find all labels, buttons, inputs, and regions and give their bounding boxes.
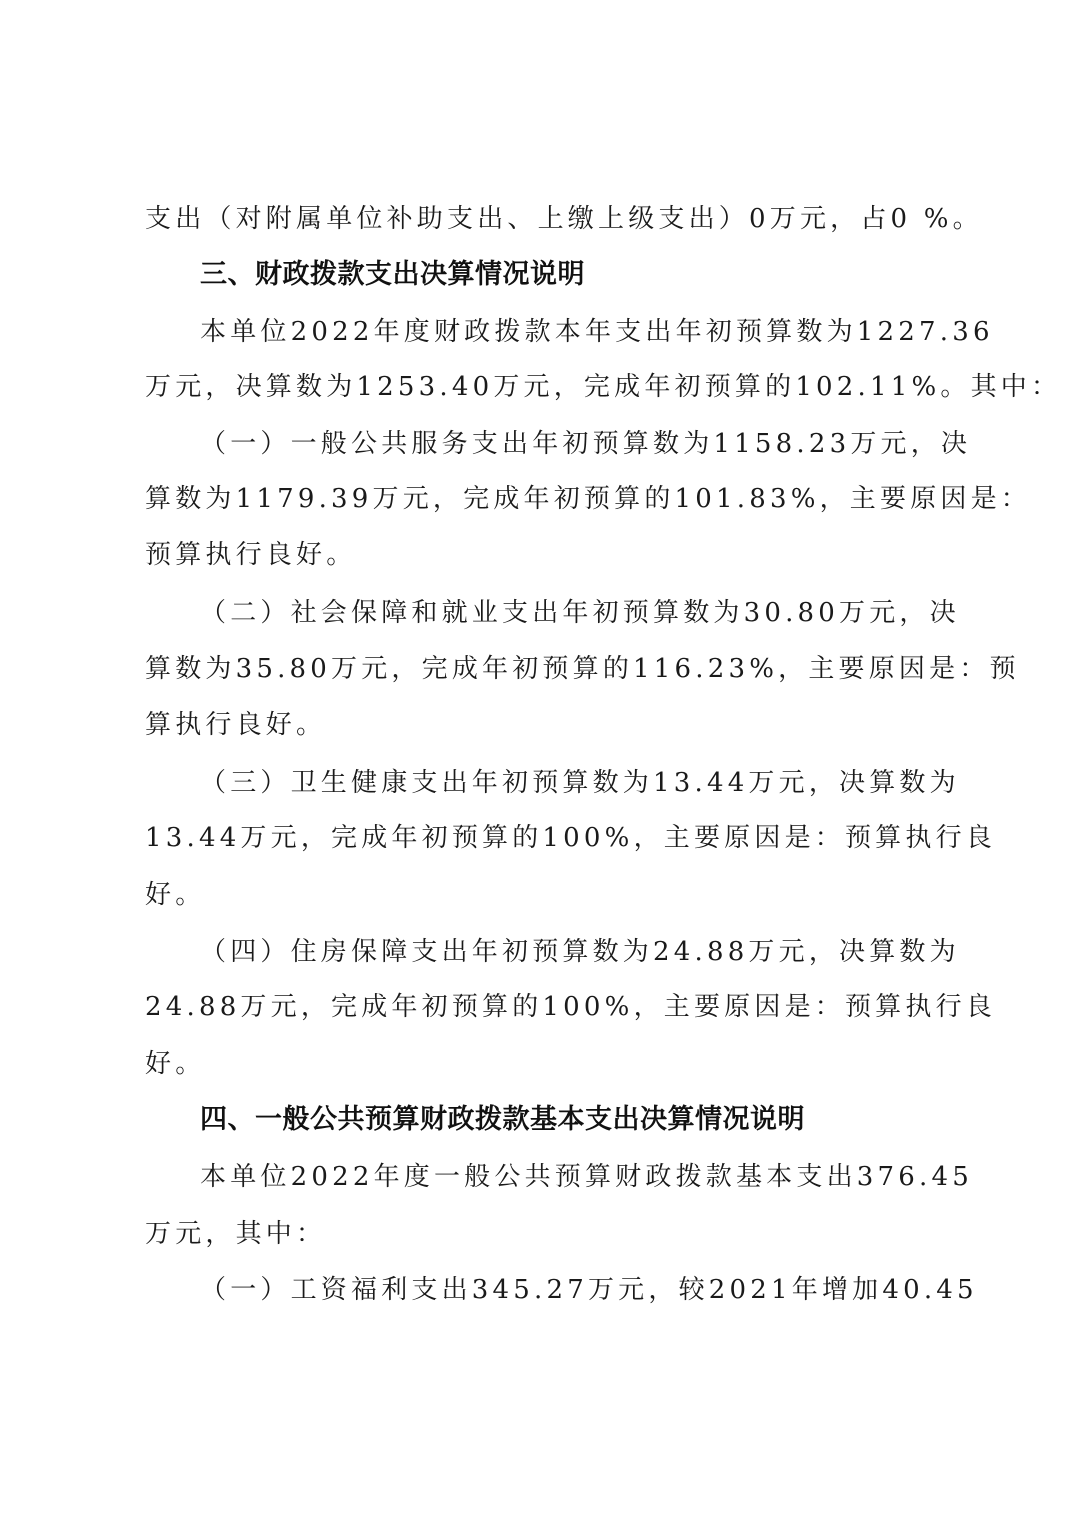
paragraph-line: 算数为1179.39万元，完成年初预算的101.83%，主要原因是： — [145, 482, 935, 516]
paragraph-line: 本单位2022年度一般公共预算财政拨款基本支出376.45 — [200, 1160, 935, 1194]
paragraph-line: 13.44万元，完成年初预算的100%，主要原因是：预算执行良 — [145, 821, 935, 855]
section-heading-4: 四、一般公共预算财政拨款基本支出决算情况说明 — [200, 1103, 805, 1137]
paragraph-line: 预算执行良好。 — [145, 538, 935, 572]
paragraph-line: （二）社会保障和就业支出年初预算数为30.80万元，决 — [200, 596, 935, 630]
paragraph-line: 支出（对附属单位补助支出、上缴上级支出）0万元，占0 %。 — [145, 202, 935, 236]
document-page: 三、财政拨款支出决算情况说明 四、一般公共预算财政拨款基本支出决算情况说明 支出… — [0, 0, 1074, 1520]
paragraph-line: 算数为35.80万元，完成年初预算的116.23%，主要原因是：预 — [145, 652, 935, 686]
paragraph-line: （一）工资福利支出345.27万元，较2021年增加40.45 — [200, 1273, 935, 1307]
section-heading-3: 三、财政拨款支出决算情况说明 — [200, 258, 585, 292]
paragraph-line: 算执行良好。 — [145, 708, 935, 742]
paragraph-line: 好。 — [145, 1047, 935, 1081]
paragraph-line: 万元，其中： — [145, 1217, 935, 1251]
paragraph-line: 万元，决算数为1253.40万元，完成年初预算的102.11%。其中： — [145, 370, 935, 404]
paragraph-line: 好。 — [145, 878, 935, 912]
paragraph-line: （三）卫生健康支出年初预算数为13.44万元，决算数为 — [200, 766, 935, 800]
paragraph-line: 本单位2022年度财政拨款本年支出年初预算数为1227.36 — [200, 315, 935, 349]
paragraph-line: 24.88万元，完成年初预算的100%，主要原因是：预算执行良 — [145, 990, 935, 1024]
paragraph-line: （四）住房保障支出年初预算数为24.88万元，决算数为 — [200, 935, 935, 969]
paragraph-line: （一）一般公共服务支出年初预算数为1158.23万元，决 — [200, 427, 935, 461]
